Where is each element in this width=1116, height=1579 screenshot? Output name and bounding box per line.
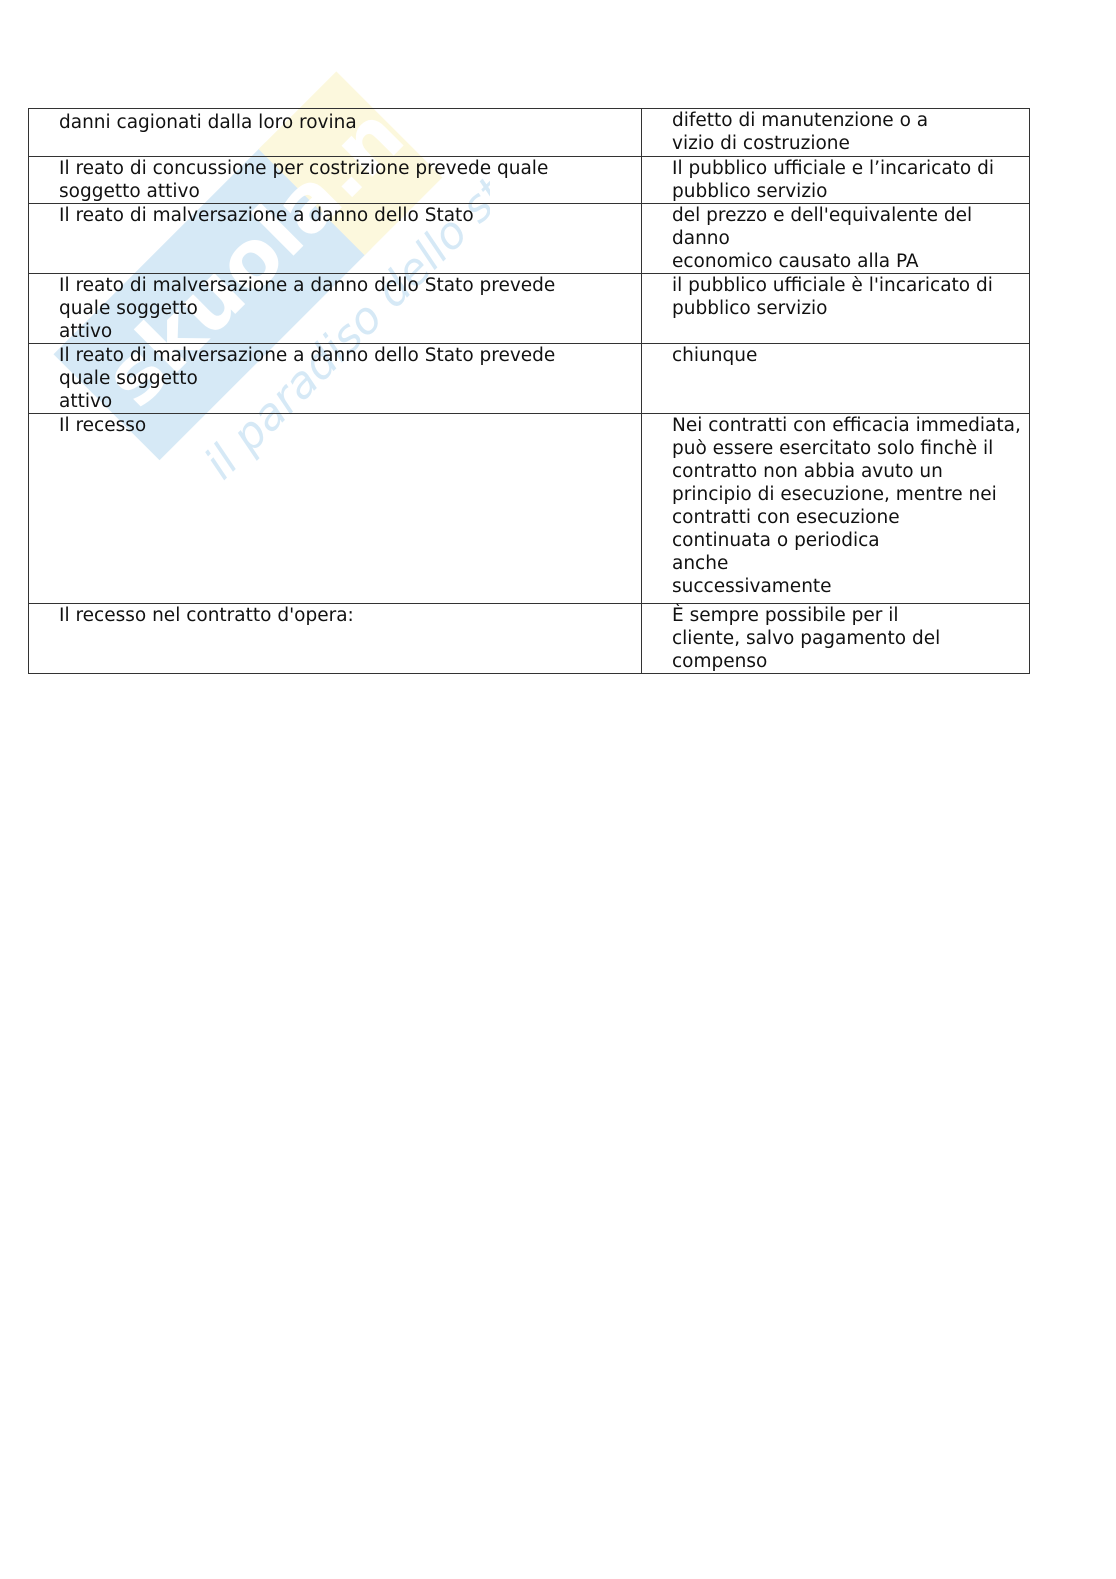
answer-text-line: contratti con esecuzione xyxy=(672,506,1029,529)
table-row: danni cagionati dalla loro rovinadifetto… xyxy=(29,109,1030,157)
answer-text-line: difetto di manutenzione o a xyxy=(672,109,1029,132)
answer-text-line: pubblico servizio xyxy=(672,180,1029,203)
question-text-line: attivo xyxy=(59,390,641,413)
answer-text-line: anche xyxy=(672,552,1029,575)
answer-text-line: continuata o periodica xyxy=(672,529,1029,552)
answer-text-line: il pubblico ufficiale è l'incaricato di xyxy=(672,274,1029,297)
question-text-line: Il reato di concussione per costrizione … xyxy=(59,157,641,180)
question-text-line: danni cagionati dalla loro rovina xyxy=(59,111,641,134)
answer-text-line: del prezzo e dell'equivalente del xyxy=(672,204,1029,227)
answer-text-line: Il pubblico ufficiale e l’incaricato di xyxy=(672,157,1029,180)
question-text-line: attivo xyxy=(59,320,641,343)
answer-text-line: chiunque xyxy=(672,344,1029,367)
answer-text-line: Nei contratti con efficacia immediata, xyxy=(672,414,1029,437)
question-cell: Il reato di malversazione a danno dello … xyxy=(29,204,642,274)
question-cell: danni cagionati dalla loro rovina xyxy=(29,109,642,157)
question-text-line: Il recesso nel contratto d'opera: xyxy=(59,604,641,627)
answer-text-line: cliente, salvo pagamento del xyxy=(672,627,1029,650)
table-row: Il reato di malversazione a danno dello … xyxy=(29,204,1030,274)
question-cell: Il recesso nel contratto d'opera: xyxy=(29,604,642,674)
qa-table: danni cagionati dalla loro rovinadifetto… xyxy=(28,108,1030,674)
table-row: Il recesso nel contratto d'opera: È semp… xyxy=(29,604,1030,674)
answer-cell: il pubblico ufficiale è l'incaricato dip… xyxy=(642,274,1030,344)
answer-text-line: vizio di costruzione xyxy=(672,132,1029,155)
answer-cell: del prezzo e dell'equivalente deldannoec… xyxy=(642,204,1030,274)
answer-cell: chiunque xyxy=(642,344,1030,414)
question-cell: Il reato di malversazione a danno dello … xyxy=(29,344,642,414)
question-text-line: soggetto attivo xyxy=(59,180,641,203)
answer-text-line: economico causato alla PA xyxy=(672,250,1029,273)
table-row: Il recessoNei contratti con efficacia im… xyxy=(29,414,1030,604)
question-text-line: quale soggetto xyxy=(59,297,641,320)
question-cell: Il recesso xyxy=(29,414,642,604)
answer-cell: Il pubblico ufficiale e l’incaricato dip… xyxy=(642,157,1030,204)
question-text-line: Il recesso xyxy=(59,414,641,437)
answer-text-line: contratto non abbia avuto un xyxy=(672,460,1029,483)
answer-text-line: successivamente xyxy=(672,575,1029,598)
table-row: Il reato di concussione per costrizione … xyxy=(29,157,1030,204)
question-cell: Il reato di malversazione a danno dello … xyxy=(29,274,642,344)
answer-text-line: È sempre possibile per il xyxy=(672,604,1029,627)
answer-text-line: principio di esecuzione, mentre nei xyxy=(672,483,1029,506)
question-text-line: Il reato di malversazione a danno dello … xyxy=(59,204,641,227)
answer-cell: difetto di manutenzione o avizio di cost… xyxy=(642,109,1030,157)
table-row: Il reato di malversazione a danno dello … xyxy=(29,274,1030,344)
answer-text-line: può essere esercitato solo finchè il xyxy=(672,437,1029,460)
answer-text-line: pubblico servizio xyxy=(672,297,1029,320)
table-row: Il reato di malversazione a danno dello … xyxy=(29,344,1030,414)
question-cell: Il reato di concussione per costrizione … xyxy=(29,157,642,204)
answer-cell: È sempre possibile per ilcliente, salvo … xyxy=(642,604,1030,674)
answer-cell: Nei contratti con efficacia immediata,pu… xyxy=(642,414,1030,604)
question-text-line: quale soggetto xyxy=(59,367,641,390)
answer-text-line: compenso xyxy=(672,650,1029,673)
answer-text-line: danno xyxy=(672,227,1029,250)
question-text-line: Il reato di malversazione a danno dello … xyxy=(59,344,641,367)
question-text-line: Il reato di malversazione a danno dello … xyxy=(59,274,641,297)
